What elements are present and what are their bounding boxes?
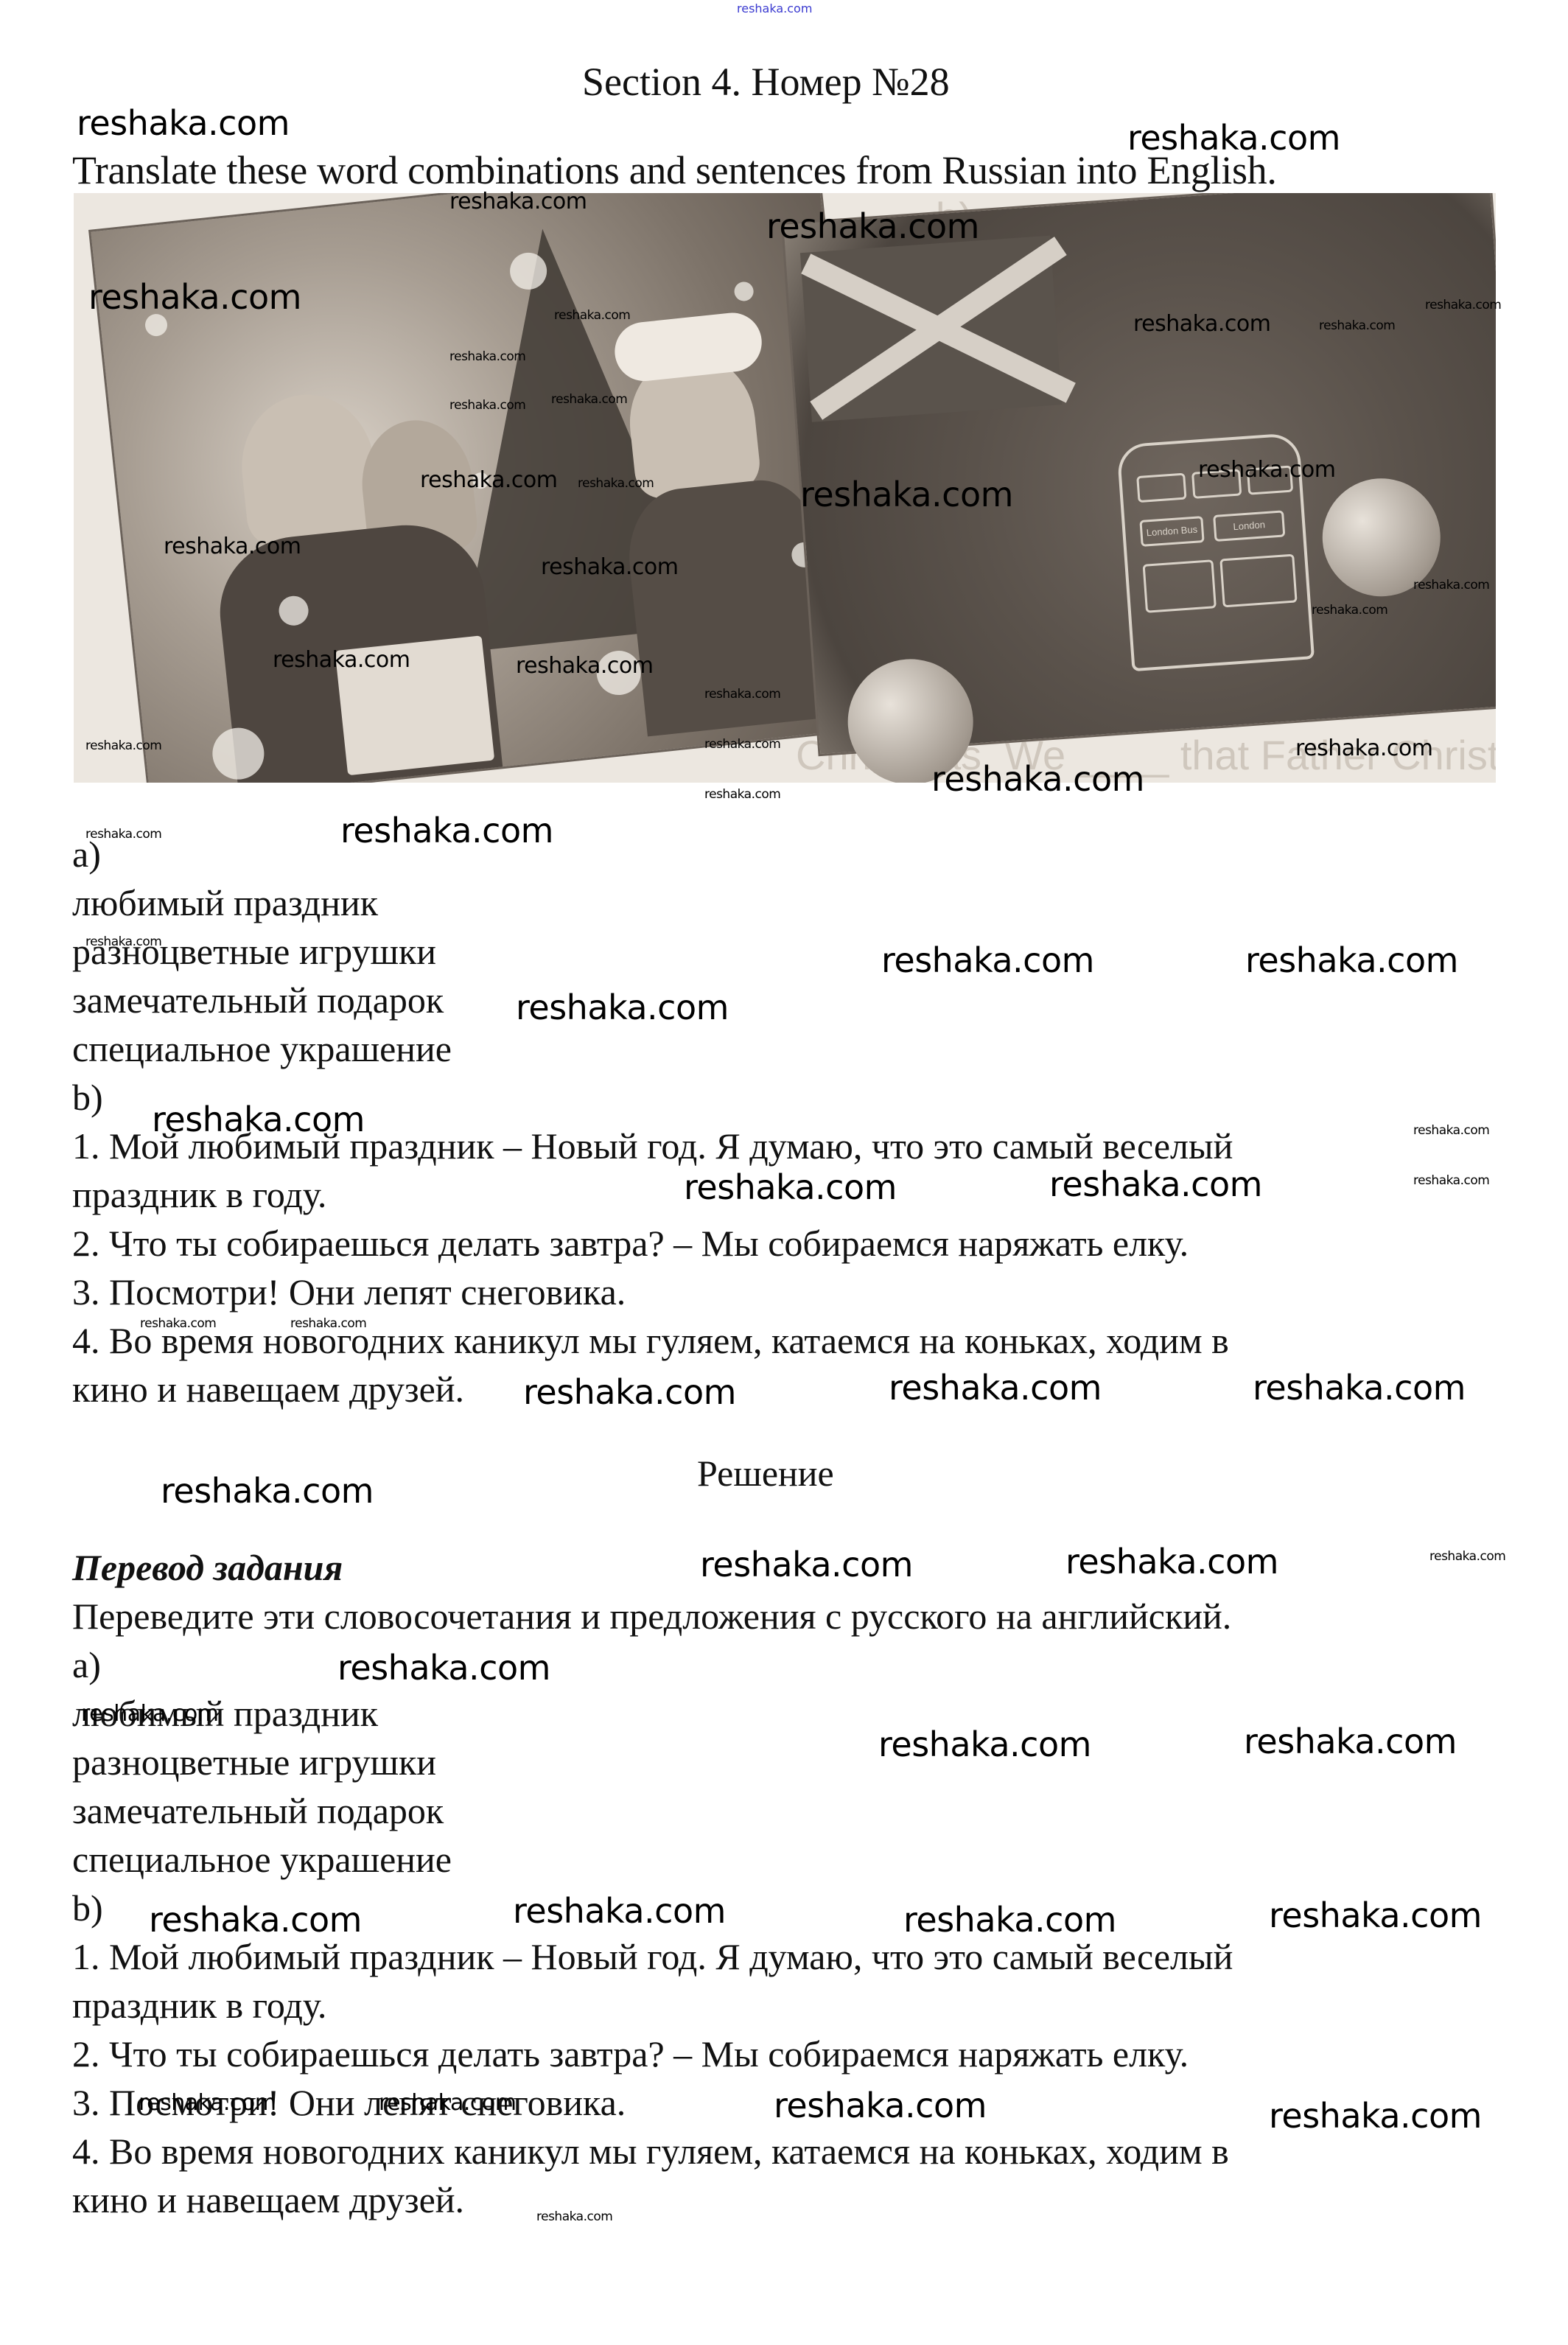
watermark: reshaka.com (1049, 1164, 1262, 1204)
watermark: reshaka.com (379, 2090, 517, 2116)
task-a-item: любимый праздник (72, 881, 378, 924)
bus-sign: London Bus (1139, 516, 1204, 547)
watermark: reshaka.com (704, 787, 780, 802)
solution-instruction: Переведите эти словосочетания и предложе… (72, 1595, 1231, 1638)
watermark: reshaka.com (578, 476, 654, 491)
watermark: reshaka.com (1127, 118, 1340, 158)
watermark: reshaka.com (1065, 1542, 1278, 1582)
watermark: reshaka.com (85, 738, 161, 753)
watermark: reshaka.com (1269, 1895, 1482, 1935)
watermark: reshaka.com (1269, 2096, 1482, 2136)
watermark: reshaka.com (1312, 603, 1387, 618)
page-title: Section 4. Номер №28 (582, 59, 950, 105)
watermark: reshaka.com (1295, 735, 1433, 761)
watermark: reshaka.com (889, 1368, 1102, 1408)
solution-heading: Перевод задания (72, 1546, 343, 1589)
solution-b-line: 1. Мой любимый праздник – Новый год. Я д… (72, 1935, 1233, 1978)
bus-sign: London (1213, 510, 1285, 542)
watermark: reshaka.com (152, 1100, 365, 1139)
watermark: reshaka.com (766, 206, 979, 246)
watermark: reshaka.com (1319, 318, 1395, 333)
watermark: reshaka.com (337, 1648, 550, 1688)
watermark: reshaka.com (164, 534, 301, 559)
watermark: reshaka.com (931, 759, 1144, 799)
solution-b-line: праздник в году. (72, 1984, 326, 2027)
watermark: reshaka.com (1413, 1123, 1489, 1138)
watermark: reshaka.com (704, 687, 780, 702)
solution-a-item: специальное украшение (72, 1838, 452, 1881)
watermark: reshaka.com (85, 827, 161, 842)
watermark: reshaka.com (684, 1167, 897, 1207)
watermark: reshaka.com (449, 398, 525, 413)
watermark: reshaka.com (513, 1891, 726, 1931)
task-b-line: 2. Что ты собираешься делать завтра? – М… (72, 1222, 1189, 1265)
watermark: reshaka.com (88, 277, 301, 317)
solution-b-line: 2. Что ты собираешься делать завтра? – М… (72, 2033, 1189, 2075)
watermark: reshaka.com (541, 554, 679, 580)
watermark: reshaka.com (1413, 578, 1489, 593)
watermark: reshaka.com (1429, 1549, 1505, 1564)
watermark: reshaka.com (273, 647, 410, 673)
watermark: reshaka.com (551, 392, 627, 407)
site-link[interactable]: reshaka.com (737, 1, 812, 15)
watermark: reshaka.com (161, 1471, 374, 1511)
solution-label: Решение (697, 1452, 834, 1495)
watermark: reshaka.com (774, 2086, 987, 2125)
task-b-line: кино и навещаем друзей. (72, 1368, 464, 1411)
watermark: reshaka.com (290, 1316, 366, 1331)
task-a-item: специальное украшение (72, 1027, 452, 1070)
watermark: reshaka.com (878, 1724, 1091, 1764)
watermark: reshaka.com (139, 2090, 276, 2116)
watermark: reshaka.com (903, 1900, 1116, 1940)
watermark: reshaka.com (881, 940, 1094, 980)
watermark: reshaka.com (554, 308, 630, 323)
part-b-label: b) (72, 1076, 103, 1119)
solution-b-line: 4. Во время новогодних каникул мы гуляем… (72, 2130, 1229, 2173)
snowflake (733, 281, 755, 302)
watermark: reshaka.com (140, 1316, 216, 1331)
person-head (234, 388, 382, 549)
task-b-line: 4. Во время новогодних каникул мы гуляем… (72, 1319, 1229, 1362)
watermark: reshaka.com (1413, 1173, 1489, 1188)
watermark: reshaka.com (340, 811, 553, 850)
watermark: reshaka.com (1425, 298, 1501, 312)
watermark: reshaka.com (1244, 1722, 1457, 1761)
task-instruction: Translate these word combinations and se… (72, 147, 1277, 193)
watermark: reshaka.com (149, 1900, 362, 1940)
task-a-item: замечательный подарок (72, 979, 444, 1021)
watermark: reshaka.com (1245, 940, 1458, 980)
watermark: reshaka.com (1133, 311, 1271, 337)
solution-b-line: кино и навещаем друзей. (72, 2178, 464, 2221)
task-b-line: праздник в году. (72, 1173, 326, 1216)
solution-a-item: замечательный подарок (72, 1789, 444, 1832)
watermark: reshaka.com (800, 475, 1013, 514)
watermark: reshaka.com (449, 349, 525, 364)
watermark: reshaka.com (700, 1545, 913, 1584)
solution-part-a-label: a) (72, 1643, 101, 1686)
watermark: reshaka.com (77, 103, 290, 143)
watermark: reshaka.com (420, 467, 558, 493)
watermark: reshaka.com (516, 653, 654, 679)
solution-a-item: разноцветные игрушки (72, 1741, 436, 1783)
watermark: reshaka.com (449, 189, 587, 214)
union-jack-flag (800, 236, 1062, 422)
watermark: reshaka.com (85, 934, 161, 949)
solution-part-b-label: b) (72, 1887, 103, 1929)
watermark: reshaka.com (81, 1701, 219, 1727)
watermark: reshaka.com (516, 988, 729, 1027)
watermark: reshaka.com (704, 737, 780, 752)
watermark: reshaka.com (1253, 1368, 1466, 1408)
watermark: reshaka.com (536, 2209, 612, 2224)
task-b-line: 3. Посмотри! Они лепят снеговика. (72, 1271, 626, 1313)
watermark: reshaka.com (1198, 457, 1336, 483)
watermark: reshaka.com (523, 1372, 736, 1412)
